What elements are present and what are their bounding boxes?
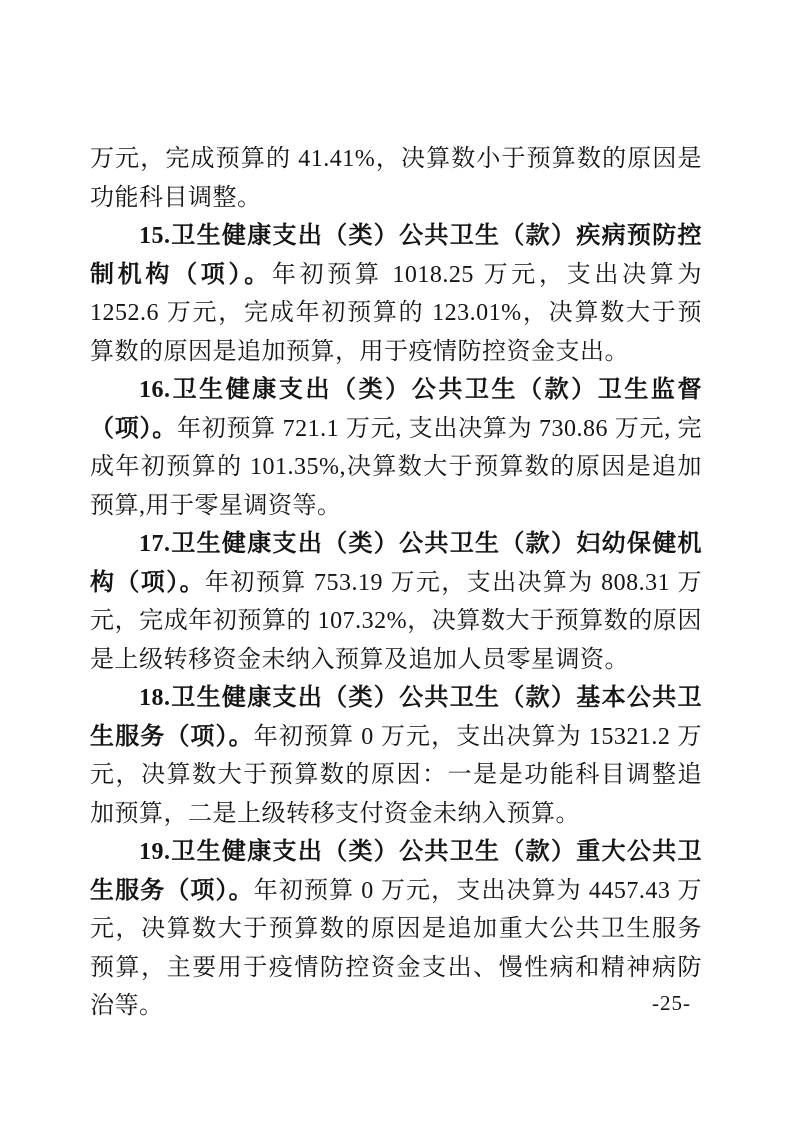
paragraph: 万元，完成预算的 41.41%，决算数小于预算数的原因是功能科目调整。 xyxy=(90,140,702,217)
text-run: 万元，完成预算的 41.41%，决算数小于预算数的原因是功能科目调整。 xyxy=(90,146,702,211)
document-body: 万元，完成预算的 41.41%，决算数小于预算数的原因是功能科目调整。15.卫生… xyxy=(90,140,702,1026)
paragraph: 18.卫生健康支出（类）公共卫生（款）基本公共卫生服务（项）。年初预算 0 万元… xyxy=(90,679,702,833)
text-run: 年初预算 721.1 万元, 支出决算为 730.86 万元, 完成年初预算的 … xyxy=(90,416,702,519)
page-number: -25- xyxy=(652,991,691,1016)
paragraph: 17.卫生健康支出（类）公共卫生（款）妇幼保健机构（项）。年初预算 753.19… xyxy=(90,525,702,679)
paragraph: 19.卫生健康支出（类）公共卫生（款）重大公共卫生服务（项）。年初预算 0 万元… xyxy=(90,833,702,1026)
paragraph: 15.卫生健康支出（类）公共卫生（款）疾病预防控制机构（项）。年初预算 1018… xyxy=(90,217,702,371)
document-page: 万元，完成预算的 41.41%，决算数小于预算数的原因是功能科目调整。15.卫生… xyxy=(0,0,793,1122)
paragraph: 16.卫生健康支出（类）公共卫生（款）卫生监督（项）。年初预算 721.1 万元… xyxy=(90,371,702,525)
